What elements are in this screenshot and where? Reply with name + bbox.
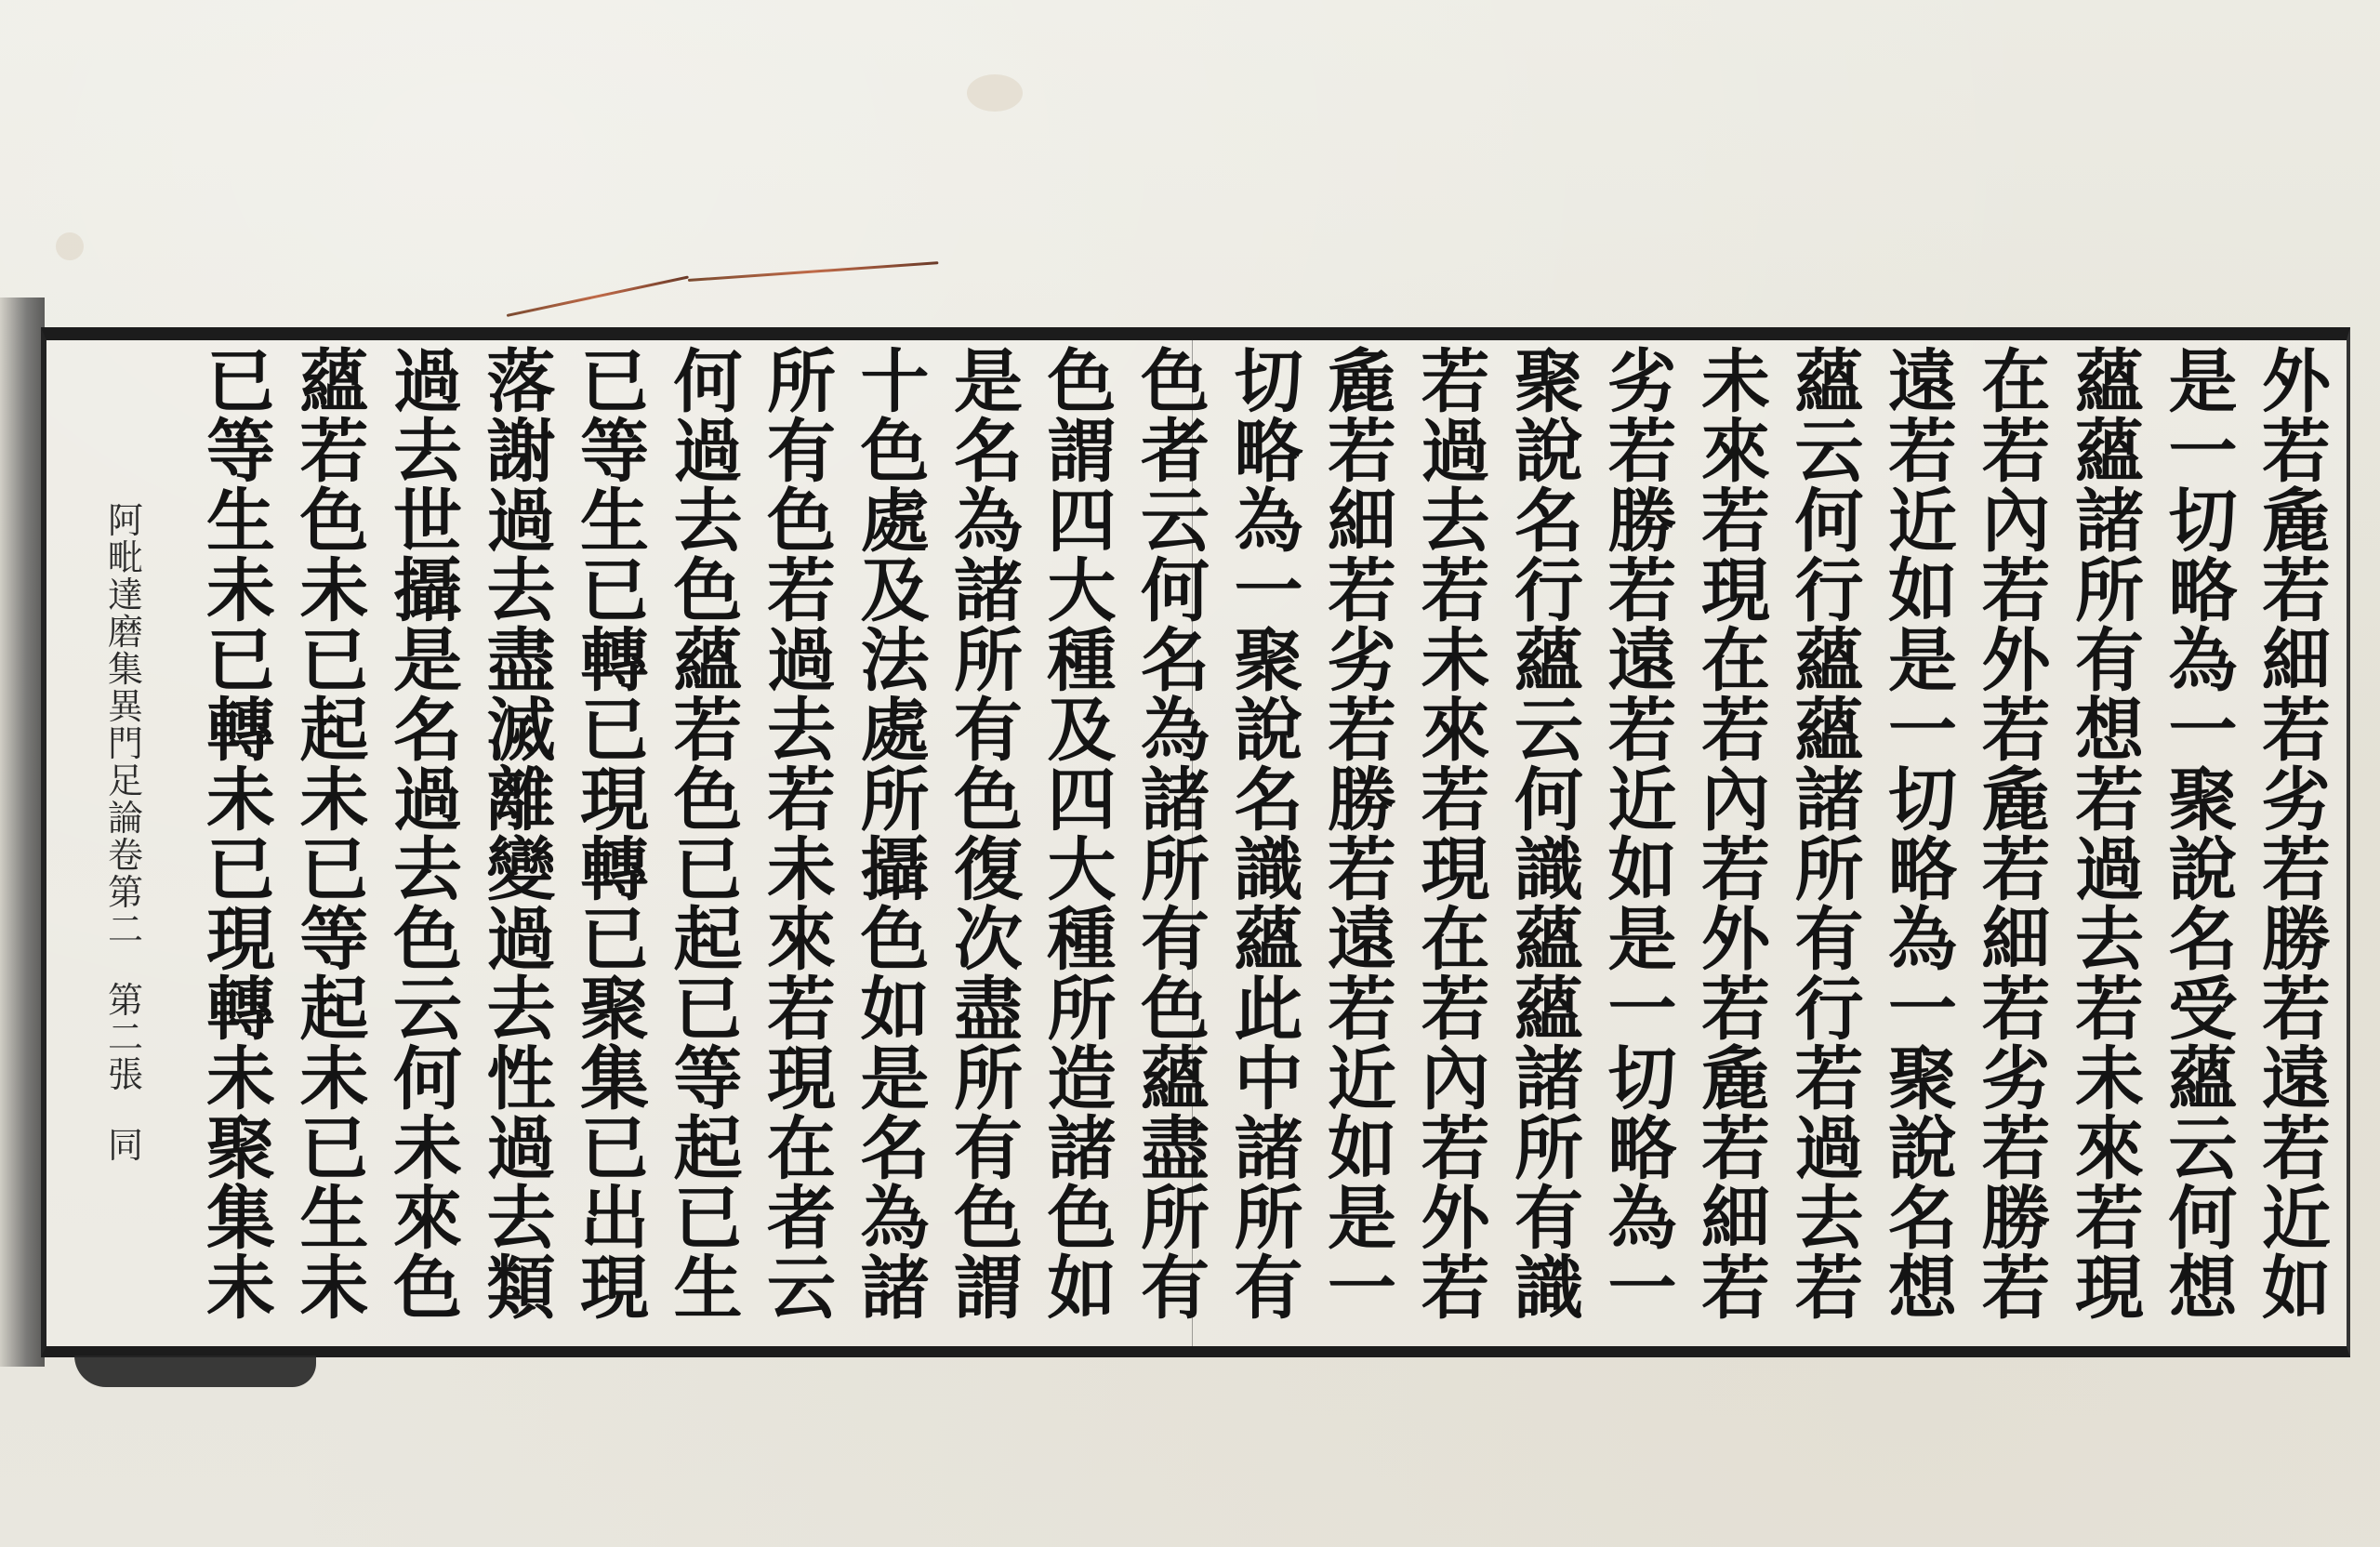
- character: 略: [1876, 836, 1969, 906]
- character: 如: [1316, 1115, 1408, 1184]
- margin-character: 毗: [98, 539, 153, 576]
- character: 名: [381, 696, 474, 766]
- character: 細: [1970, 906, 2063, 975]
- character: 四: [1036, 766, 1129, 836]
- text-column: 在若內若外若麁若細若劣若勝若: [1970, 348, 2063, 1324]
- character: 聚: [1223, 627, 1316, 696]
- character: 內: [1689, 766, 1782, 836]
- character: 如: [1876, 557, 1969, 627]
- text-column: 十色處及法處所攝色如是名為諸: [849, 348, 942, 1324]
- character: 來: [1409, 696, 1502, 766]
- character: 色: [662, 557, 755, 627]
- character: 若: [1970, 1115, 2063, 1184]
- character: 如: [849, 975, 942, 1045]
- character: 攝: [381, 557, 474, 627]
- character: 勝: [1970, 1184, 2063, 1254]
- character: 未: [194, 1254, 287, 1324]
- text-column: 遠若近如是一切略為一聚說名想: [1876, 348, 1969, 1324]
- character: 所: [1129, 1184, 1222, 1254]
- character: 所: [1783, 836, 1876, 906]
- character: 去: [381, 417, 474, 487]
- character: 蘊: [1502, 975, 1595, 1045]
- character: 已: [288, 627, 381, 696]
- character: 者: [755, 1184, 848, 1254]
- text-column: 若過去若未來若現在若內若外若: [1409, 348, 1502, 1324]
- margin-character: 異: [98, 688, 153, 725]
- character: 云: [1502, 696, 1595, 766]
- text-column: 已等生未已轉未已現轉未聚集未: [194, 348, 287, 1324]
- character: 去: [662, 487, 755, 557]
- character: 為: [2157, 627, 2250, 696]
- character: 一: [2157, 696, 2250, 766]
- text-column: 色者云何名為諸所有色蘊盡所有: [1129, 348, 1222, 1324]
- character: 色: [849, 906, 942, 975]
- margin-character: 二: [98, 911, 153, 948]
- character: 若: [1689, 487, 1782, 557]
- character: 識: [1223, 836, 1316, 906]
- character: 若: [1876, 417, 1969, 487]
- text-column: 所有色若過去若未來若現在者云: [755, 348, 848, 1324]
- character: 近: [1876, 487, 1969, 557]
- character: 若: [2063, 1184, 2156, 1254]
- paper-stain: [967, 74, 1023, 112]
- character: 近: [2250, 1184, 2343, 1254]
- character: 去: [475, 1184, 568, 1254]
- character: 生: [662, 1254, 755, 1324]
- character: 未: [194, 557, 287, 627]
- character: 未: [194, 766, 287, 836]
- character: 等: [662, 1045, 755, 1115]
- character: 已: [194, 348, 287, 417]
- text-column: 切略為一聚說名識蘊此中諸所有: [1223, 348, 1316, 1324]
- margin-character: 同: [98, 1127, 153, 1164]
- character: 受: [2157, 975, 2250, 1045]
- character: 已: [568, 906, 661, 975]
- character: 未: [288, 557, 381, 627]
- character: 諸: [849, 1254, 942, 1324]
- character: 遠: [2250, 1045, 2343, 1115]
- character: 現: [568, 766, 661, 836]
- character: 過: [2063, 836, 2156, 906]
- character: 劣: [1970, 1045, 2063, 1115]
- character: 若: [1783, 1045, 1876, 1115]
- character: 過: [475, 906, 568, 975]
- character: 盡: [1129, 1115, 1222, 1184]
- character: 出: [568, 1184, 661, 1254]
- character: 劣: [1596, 348, 1689, 417]
- character: 勝: [1316, 766, 1408, 836]
- character: 若: [1689, 975, 1782, 1045]
- character: 所: [849, 766, 942, 836]
- character: 轉: [568, 836, 661, 906]
- character: 未: [194, 1045, 287, 1115]
- character: 已: [568, 557, 661, 627]
- character: 近: [1596, 766, 1689, 836]
- character: 諸: [942, 557, 1035, 627]
- text-column: 色謂四大種及四大種所造諸色如: [1036, 348, 1129, 1324]
- character: 生: [194, 487, 287, 557]
- character: 有: [1129, 1254, 1222, 1324]
- character: 蘊: [1783, 696, 1876, 766]
- character: 所: [2063, 557, 2156, 627]
- character: 未: [288, 766, 381, 836]
- character: 類: [475, 1254, 568, 1324]
- character: 復: [942, 836, 1035, 906]
- character: 造: [1036, 1045, 1129, 1115]
- character: 已: [568, 696, 661, 766]
- character: 說: [1876, 1115, 1969, 1184]
- margin-character: 張: [98, 1056, 153, 1093]
- character: 若: [1689, 1115, 1782, 1184]
- character: 過: [1409, 417, 1502, 487]
- character: 未: [755, 836, 848, 906]
- character: 等: [194, 417, 287, 487]
- character: 若: [1409, 1115, 1502, 1184]
- margin-character: 二: [98, 1019, 153, 1056]
- character: 等: [288, 906, 381, 975]
- character: 識: [1502, 836, 1595, 906]
- character: 若: [1596, 557, 1689, 627]
- character: 法: [849, 627, 942, 696]
- character: 去: [1409, 487, 1502, 557]
- character: 轉: [194, 696, 287, 766]
- margin-character: 足: [98, 762, 153, 800]
- character: 來: [1689, 417, 1782, 487]
- character: 所: [1036, 975, 1129, 1045]
- character: 若: [1783, 1254, 1876, 1324]
- character: 未: [1409, 627, 1502, 696]
- character: 離: [475, 766, 568, 836]
- character: 已: [662, 1184, 755, 1254]
- character: 種: [1036, 906, 1129, 975]
- character: 去: [755, 696, 848, 766]
- character: 過: [662, 417, 755, 487]
- character: 起: [288, 975, 381, 1045]
- character: 名: [1223, 766, 1316, 836]
- character: 麁: [2250, 487, 2343, 557]
- character: 為: [1876, 906, 1969, 975]
- character: 生: [288, 1184, 381, 1254]
- character: 云: [2157, 1115, 2250, 1184]
- character: 色: [662, 766, 755, 836]
- character: 謂: [1036, 417, 1129, 487]
- character: 謂: [942, 1254, 1035, 1324]
- margin-character: 達: [98, 576, 153, 614]
- character: 集: [194, 1184, 287, 1254]
- character: 現: [755, 1045, 848, 1115]
- character: 過: [475, 1115, 568, 1184]
- character: 麁: [1689, 1045, 1782, 1115]
- character: 蘊: [1783, 627, 1876, 696]
- margin-character: 阿: [98, 502, 153, 539]
- character: 去: [475, 557, 568, 627]
- character: 蘊: [2157, 1045, 2250, 1115]
- character: 起: [662, 906, 755, 975]
- character: 此: [1223, 975, 1316, 1045]
- character: 聚: [1502, 348, 1595, 417]
- character: 色: [1129, 348, 1222, 417]
- character: 若: [1689, 696, 1782, 766]
- character: 色: [1129, 975, 1222, 1045]
- text-column: 落謝過去盡滅離變過去性過去類: [475, 348, 568, 1324]
- character: 何: [1129, 557, 1222, 627]
- character: 色: [1036, 348, 1129, 417]
- character: 何: [662, 348, 755, 417]
- character: 一: [1596, 1254, 1689, 1324]
- character: 一: [2157, 417, 2250, 487]
- character: 未: [288, 1045, 381, 1115]
- character: 遠: [1876, 348, 1969, 417]
- character: 細: [1316, 487, 1408, 557]
- text-column: 劣若勝若遠若近如是一切略為一: [1596, 348, 1689, 1324]
- character: 略: [1223, 417, 1316, 487]
- character: 切: [1223, 348, 1316, 417]
- character: 轉: [194, 975, 287, 1045]
- character: 世: [381, 487, 474, 557]
- text-column: 外若麁若細若劣若勝若遠若近如: [2250, 348, 2343, 1324]
- character: 過: [475, 487, 568, 557]
- character: 若: [1316, 975, 1408, 1045]
- character: 切: [1876, 766, 1969, 836]
- character: 若: [1316, 417, 1408, 487]
- character: 何: [1502, 766, 1595, 836]
- character: 聚: [568, 975, 661, 1045]
- character: 色: [942, 766, 1035, 836]
- character: 若: [1409, 557, 1502, 627]
- character: 謝: [475, 417, 568, 487]
- margin-character: 磨: [98, 614, 153, 651]
- character: 切: [1596, 1045, 1689, 1115]
- character: 如: [2250, 1254, 2343, 1324]
- character: 若: [1409, 975, 1502, 1045]
- character: 細: [1689, 1184, 1782, 1254]
- character: 次: [942, 906, 1035, 975]
- character: 外: [1689, 906, 1782, 975]
- ink-smear-left: [0, 297, 45, 1367]
- character: 略: [1596, 1115, 1689, 1184]
- character: 遠: [1596, 627, 1689, 696]
- character: 蘊: [1783, 348, 1876, 417]
- character: 有: [1223, 1254, 1316, 1324]
- character: 有: [1129, 906, 1222, 975]
- character: 若: [288, 417, 381, 487]
- character: 有: [942, 696, 1035, 766]
- character: 性: [475, 1045, 568, 1115]
- character: 想: [2157, 1254, 2250, 1324]
- character: 若: [1316, 836, 1408, 906]
- character: 色: [755, 487, 848, 557]
- character: 色: [381, 1254, 474, 1324]
- text-column: 未來若現在若內若外若麁若細若: [1689, 348, 1782, 1324]
- text-column: 是一切略為一聚說名受蘊云何想: [2157, 348, 2250, 1324]
- character: 蘊: [1129, 1045, 1222, 1115]
- character: 聚: [194, 1115, 287, 1184]
- character: 蘊: [662, 627, 755, 696]
- character: 所: [1502, 1115, 1595, 1184]
- character: 過: [1783, 1115, 1876, 1184]
- character: 想: [1876, 1254, 1969, 1324]
- character: 色: [942, 1184, 1035, 1254]
- character: 劣: [1316, 627, 1408, 696]
- character: 若: [1970, 417, 2063, 487]
- character: 色: [381, 906, 474, 975]
- character: 麁: [1316, 348, 1408, 417]
- character: 現: [1689, 557, 1782, 627]
- character: 若: [755, 557, 848, 627]
- character: 有: [1502, 1184, 1595, 1254]
- character: 如: [1596, 836, 1689, 906]
- margin-label-render: 阿毗達磨集異門足論卷第二第二張同: [98, 502, 153, 1164]
- character: 勝: [1596, 487, 1689, 557]
- margin-character: 門: [98, 725, 153, 762]
- margin-character: 集: [98, 651, 153, 688]
- character: 處: [849, 696, 942, 766]
- character: 名: [1129, 627, 1222, 696]
- character: 大: [1036, 557, 1129, 627]
- character: 若: [1409, 766, 1502, 836]
- character: 是: [2157, 348, 2250, 417]
- character: 色: [849, 417, 942, 487]
- character: 勝: [2250, 906, 2343, 975]
- character: 是: [942, 348, 1035, 417]
- character: 現: [2063, 1254, 2156, 1324]
- character: 起: [662, 1115, 755, 1184]
- character: 蘊: [1223, 906, 1316, 975]
- text-column: 過去世攝是名過去色云何未來色: [381, 348, 474, 1324]
- character: 有: [1783, 906, 1876, 975]
- margin-label: 阿毗達磨集異門足論卷第二 第二張 同 阿毗達磨集異門足論卷第二第二張同: [98, 502, 153, 1164]
- character: 何: [381, 1045, 474, 1115]
- character: 現: [568, 1254, 661, 1324]
- character: 集: [568, 1045, 661, 1115]
- character: 現: [1409, 836, 1502, 906]
- character: 名: [942, 417, 1035, 487]
- character: 來: [2063, 1115, 2156, 1184]
- character: 諸: [1129, 766, 1222, 836]
- character: 過: [755, 627, 848, 696]
- character: 識: [1502, 1254, 1595, 1324]
- character: 若: [1689, 836, 1782, 906]
- character: 十: [849, 348, 942, 417]
- character: 名: [849, 1115, 942, 1184]
- character: 已: [288, 836, 381, 906]
- character: 未: [288, 1254, 381, 1324]
- character: 生: [568, 487, 661, 557]
- character: 行: [1783, 557, 1876, 627]
- ink-blot: [74, 1355, 316, 1387]
- character: 一: [1223, 557, 1316, 627]
- margin-character: 第: [98, 874, 153, 911]
- character: 若: [1970, 836, 2063, 906]
- character: 名: [2157, 906, 2250, 975]
- character: 諸: [1502, 1045, 1595, 1115]
- character: 去: [381, 836, 474, 906]
- character: 落: [475, 348, 568, 417]
- character: 若: [2250, 557, 2343, 627]
- character: 云: [1129, 487, 1222, 557]
- character: 在: [1409, 906, 1502, 975]
- character: 所: [1223, 1184, 1316, 1254]
- character: 來: [755, 906, 848, 975]
- paper-stain: [56, 232, 84, 260]
- character: 處: [849, 487, 942, 557]
- character: 若: [662, 696, 755, 766]
- character: 若: [1409, 348, 1502, 417]
- character: 未: [1689, 348, 1782, 417]
- character: 是: [849, 1045, 942, 1115]
- character: 一: [1876, 696, 1969, 766]
- character: 細: [2250, 627, 2343, 696]
- character: 若: [1970, 557, 2063, 627]
- character: 者: [1129, 417, 1222, 487]
- character: 若: [2063, 766, 2156, 836]
- character: 云: [755, 1254, 848, 1324]
- character: 蘊: [2063, 348, 2156, 417]
- character: 名: [1876, 1184, 1969, 1254]
- character: 未: [2063, 1045, 2156, 1115]
- text-column: 已等生已轉已現轉已聚集已出現: [568, 348, 661, 1324]
- text-column: 何過去色蘊若色已起已等起已生: [662, 348, 755, 1324]
- character: 諸: [1223, 1115, 1316, 1184]
- character: 麁: [1970, 766, 2063, 836]
- character: 現: [194, 906, 287, 975]
- character: 若: [2063, 975, 2156, 1045]
- character: 滅: [475, 696, 568, 766]
- character: 外: [1409, 1184, 1502, 1254]
- character: 如: [1036, 1254, 1129, 1324]
- character: 為: [849, 1184, 942, 1254]
- text-column: 蘊云何行蘊蘊諸所有行若過去若: [1783, 348, 1876, 1324]
- character: 若: [1596, 696, 1689, 766]
- text-column: 聚說名行蘊云何識蘊蘊諸所有識: [1502, 348, 1595, 1324]
- character: 若: [1970, 696, 2063, 766]
- character: 內: [1409, 1045, 1502, 1115]
- character: 已: [662, 975, 755, 1045]
- character: 何: [1783, 487, 1876, 557]
- character: 過: [381, 766, 474, 836]
- character: 已: [194, 836, 287, 906]
- character: 一: [1596, 975, 1689, 1045]
- character: 為: [1129, 696, 1222, 766]
- character: 若: [1970, 975, 2063, 1045]
- character: 在: [1970, 348, 2063, 417]
- character: 聚: [2157, 766, 2250, 836]
- character: 是: [1316, 1184, 1408, 1254]
- character: 一: [1876, 975, 1969, 1045]
- character: 及: [849, 557, 942, 627]
- margin-character: 卷: [98, 837, 153, 874]
- character: 盡: [942, 975, 1035, 1045]
- character: 有: [2063, 627, 2156, 696]
- character: 等: [568, 417, 661, 487]
- character: 蘊: [288, 348, 381, 417]
- character: 為: [1596, 1184, 1689, 1254]
- character: 已: [568, 1115, 661, 1184]
- character: 過: [381, 348, 474, 417]
- text-column: 麁若細若劣若勝若遠若近如是一: [1316, 348, 1408, 1324]
- character: 若: [755, 766, 848, 836]
- character: 近: [1316, 1045, 1408, 1115]
- character: 若: [2250, 836, 2343, 906]
- margin-character: 論: [98, 800, 153, 837]
- character: 蘊: [1502, 627, 1595, 696]
- character: 云: [381, 975, 474, 1045]
- character: 說: [1223, 696, 1316, 766]
- character: 去: [475, 975, 568, 1045]
- character: 若: [1316, 557, 1408, 627]
- character: 說: [2157, 836, 2250, 906]
- character: 遠: [1316, 906, 1408, 975]
